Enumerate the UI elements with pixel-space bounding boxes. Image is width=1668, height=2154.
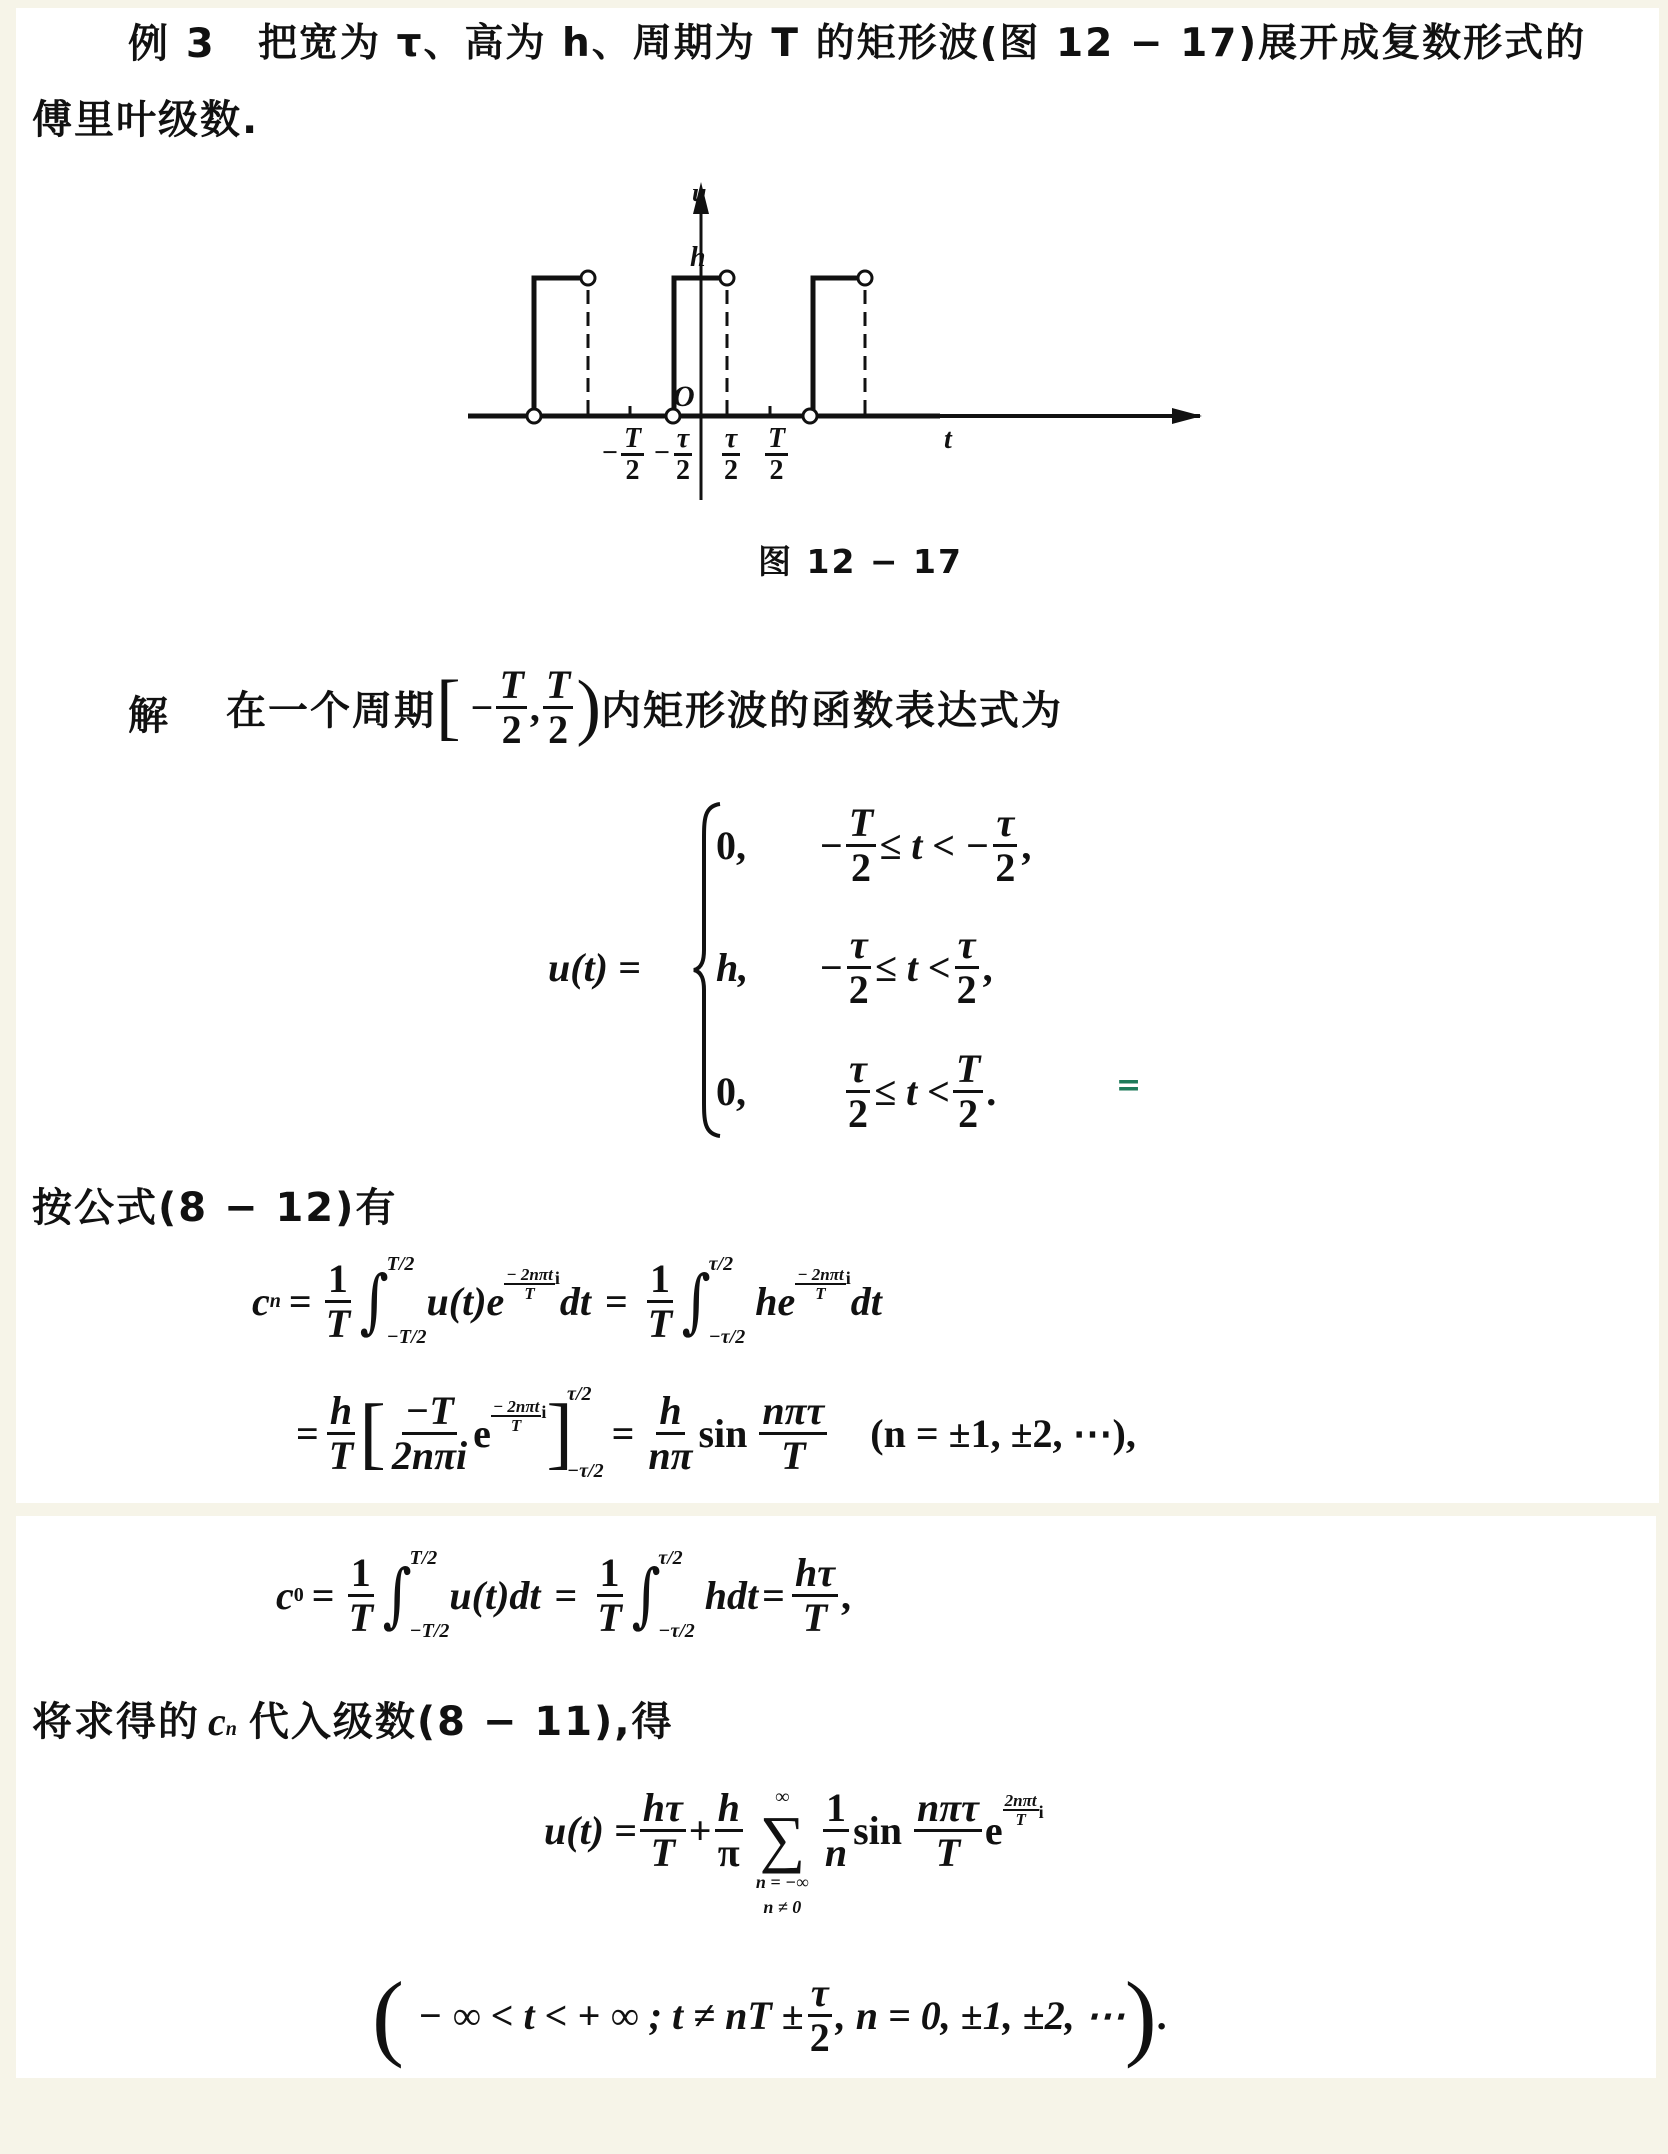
handwritten-annotation-mark: = (1116, 1068, 1141, 1103)
tick-label-neg-T-half: −T2 (602, 424, 647, 486)
piecewise-case-1: 0, − T2 ≤ t < − τ2 , (716, 800, 1031, 890)
cn-result-line: = hT [ −T2nπi e − 2nπtT i ] τ/2−τ/2 = hn… (296, 1378, 1136, 1488)
problem-statement-line2: 傅里叶级数. (32, 88, 259, 145)
origin-label: O (673, 380, 695, 414)
cn-integral-line: cn = 1T ∫ T/2−T/2 u(t)e − 2nπtT i dt = 1… (252, 1246, 882, 1356)
piecewise-lhs: u(t) = (548, 944, 641, 991)
c0-line: c0 = 1T ∫ T/2−T/2 u(t)dt = 1T ∫ τ/2−τ/2 … (276, 1540, 851, 1650)
series-formula: u(t) = hτT + hπ ∞ ∑ n = −∞ n ≠ 0 1n sin … (544, 1770, 1044, 1890)
tick-label-neg-tau-half: −τ2 (654, 424, 696, 486)
substitute-line: 将求得的 cn 代入级数(8 − 11),得 (32, 1690, 674, 1747)
tick-label-tau-half: τ2 (718, 424, 744, 486)
height-h-label: h (690, 242, 706, 274)
figure-caption: 图 12 − 17 (758, 536, 963, 583)
rectangular-wave-figure (450, 170, 1230, 510)
series-domain: ( − ∞ < t < + ∞ ; t ≠ nT ± τ2 , n = 0, ±… (372, 1955, 1167, 2075)
solution-label: 解 (128, 684, 170, 741)
piecewise-case-3: 0, τ2 ≤ t < T2 . (716, 1046, 996, 1136)
axis-u-label: u (692, 178, 706, 208)
tick-label-T-half: T2 (762, 424, 791, 486)
piecewise-case-2: h, − τ2 ≤ t < τ2 , (716, 922, 993, 1012)
axis-t-label: t (944, 424, 952, 456)
formula-ref-line: 按公式(8 − 12)有 (32, 1176, 397, 1233)
problem-statement-line1: 把宽为 τ、高为 h、周期为 T 的矩形波(图 12 − 17)展开成复数形式的 (258, 12, 1586, 68)
problem-label: 例 3 (128, 12, 216, 69)
solution-intro: 在一个周期 [ − T2 , T2 ) 内矩形波的函数表达式为 (226, 652, 1063, 762)
